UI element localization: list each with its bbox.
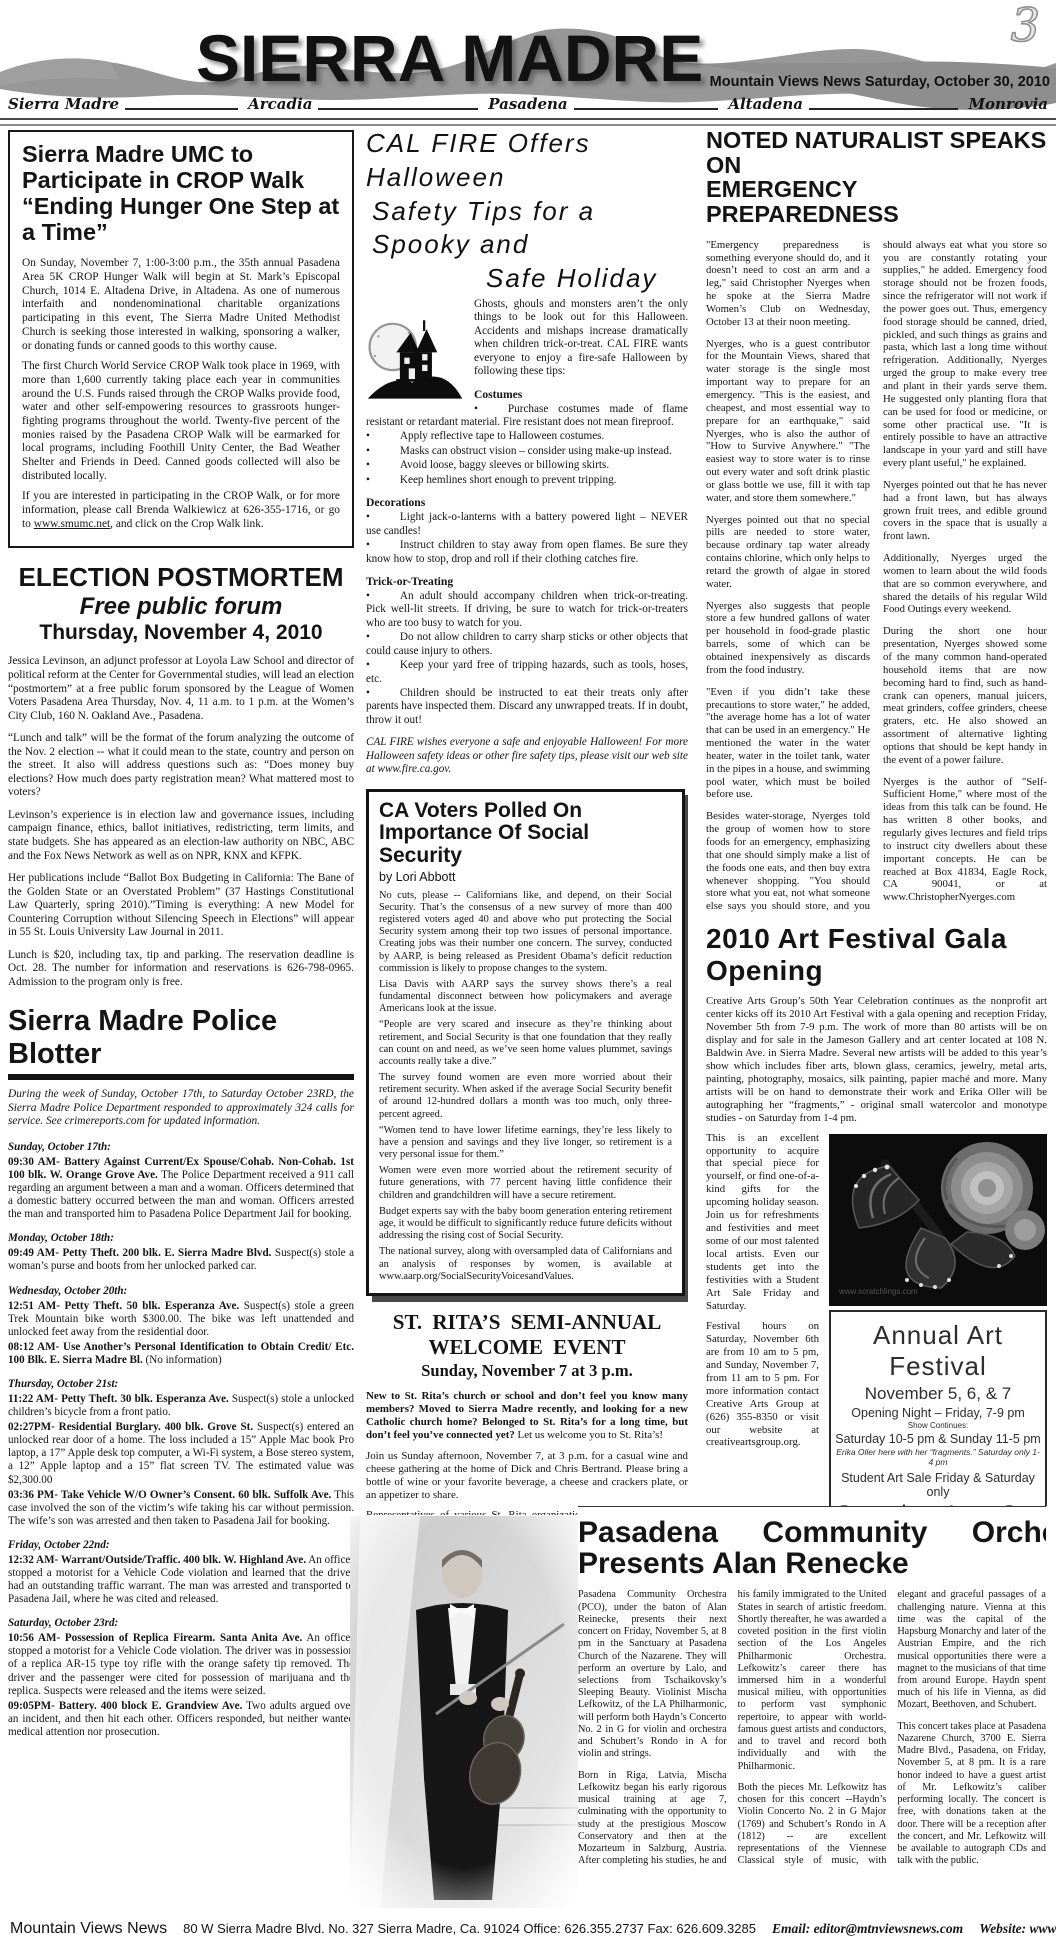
safety-tip: Do not allow children to carry sharp sti… (366, 631, 688, 658)
article-election-postmortem: ELECTION POSTMORTEM Free public forum Th… (8, 562, 354, 989)
ad-erika-note: Erika Oller here with her “fragments.” S… (835, 1447, 1041, 1467)
cal-fire-closing: CAL FIRE wishes everyone a safe and enjo… (366, 736, 688, 776)
election-body: Jessica Levinson, an adjunct professor a… (8, 655, 354, 989)
incident-lead: 09:49 AM- Petty Theft. 200 blk. E. Sierr… (8, 1247, 271, 1259)
social-security-headline-line2: Importance Of Social Security (379, 822, 672, 867)
blotter-entry: 09:49 AM- Petty Theft. 200 blk. E. Sierr… (8, 1247, 354, 1273)
social-security-body: No cuts, please -- Californians like, an… (379, 890, 672, 1283)
smumc-link[interactable]: www.smumc.net (34, 518, 110, 530)
social-security-paragraph: “People are very scared and insecure as … (379, 1019, 672, 1068)
orchestra-body: Pasadena Community Orchestra (PCO), unde… (578, 1589, 1046, 1870)
art-festival-ad: Annual Art Festival November 5, 6, & 7 O… (829, 1310, 1047, 1506)
left-column: Sierra Madre UMC to Participate in CROP … (8, 130, 354, 1908)
blotter-entry: 02:27PM- Residential Burglary. 400 blk. … (8, 1421, 354, 1486)
artwork-watermark: www.scratchlings.com (838, 1287, 918, 1296)
naturalist-paragraph: Nyerges pointed out that no special pill… (706, 514, 870, 591)
costumes-tips-list: Purchase costumes made of flame resistan… (366, 403, 688, 488)
newspaper-page: SIERRA MADRE Mountain Views News Saturda… (0, 0, 1056, 1944)
article-naturalist: NOTED NATURALIST SPEAKS ON EMERGENCY PRE… (706, 128, 1047, 913)
crop-walk-paragraph: On Sunday, November 7, 1:00-3:00 p.m., t… (22, 257, 340, 353)
blotter-entry: 12:51 AM- Petty Theft. 50 blk. Esperanza… (8, 1300, 354, 1339)
blotter-entry: 09:05PM- Battery. 400 block E. Grandview… (8, 1700, 354, 1739)
right-column: NOTED NATURALIST SPEAKS ON EMERGENCY PRE… (706, 128, 1047, 1506)
naturalist-headline-line2: EMERGENCY PREPAREDNESS (706, 177, 1047, 226)
naturalist-body: "Emergency preparedness is something eve… (706, 239, 1047, 913)
incident-lead: 09:05PM- Battery. 400 block E. Grandview… (8, 1700, 242, 1712)
cal-fire-headline-line2: Safety Tips for a Spooky and (366, 195, 688, 263)
art-festival-headline: 2010 Art Festival Gala Opening (706, 923, 1047, 987)
article-st-rita: ST. RITA’S SEMI-ANNUAL WELCOME EVENT Sun… (366, 1310, 688, 1515)
middle-column: CAL FIRE Offers Halloween Safety Tips fo… (366, 127, 688, 1515)
naturalist-paragraph: During the short one hour presentation, … (883, 625, 1047, 766)
st-rita-headline-line2: WELCOME EVENT (366, 1335, 688, 1360)
footer-website-link[interactable]: Website: www.mtnviewsnews.com (979, 1921, 1056, 1937)
violinist-photo (350, 1516, 578, 1908)
safety-tip: An adult should accompany children when … (366, 590, 688, 630)
cal-fire-section-decorations: Decorations (366, 496, 688, 509)
naturalist-headline: NOTED NATURALIST SPEAKS ON EMERGENCY PRE… (706, 128, 1047, 227)
masthead-divider (0, 118, 1056, 126)
incident-detail: (No information) (143, 1354, 222, 1366)
masthead: SIERRA MADRE Mountain Views News Saturda… (0, 0, 1056, 126)
blotter-day-heading: Thursday, October 21st: (8, 1378, 354, 1391)
ad-student-sale: Student Art Sale Friday & Saturday only (835, 1471, 1041, 1499)
nav-city-link[interactable]: Altadena (728, 95, 968, 113)
safety-tip: Purchase costumes made of flame resistan… (366, 403, 688, 430)
safety-tip: Instruct children to stay away from open… (366, 539, 688, 566)
article-orchestra: Pasadena Community Orchestra Presents Al… (578, 1506, 1046, 1910)
social-security-paragraph: The survey found women are even more wor… (379, 1072, 672, 1121)
blotter-day-heading: Monday, October 18th: (8, 1232, 354, 1245)
safety-tip: Masks can obstruct vision – consider usi… (366, 445, 688, 458)
naturalist-paragraph: "Even if you didn’t take these precautio… (706, 686, 870, 802)
social-security-paragraph: Budget experts say with the baby boom ge… (379, 1206, 672, 1243)
crop-walk-paragraph: The first Church World Service CROP Walk… (22, 360, 340, 483)
cal-fire-headline-line1: CAL FIRE Offers Halloween (366, 127, 688, 195)
orchestra-headline: Pasadena Community Orchestra Presents Al… (578, 1517, 1046, 1579)
blotter-intro: During the week of Sunday, October 17th,… (8, 1088, 354, 1128)
ad-show-continues: Show Continues: (835, 1421, 1041, 1430)
crop-walk-contact-paragraph: If you are interested in participating i… (22, 490, 340, 531)
naturalist-paragraph: Additionally, Nyerges urged the women to… (883, 552, 1047, 616)
blotter-headline: Sierra Madre Police Blotter (8, 1005, 354, 1080)
incident-lead: 12:51 AM- Petty Theft. 50 blk. Esperanza… (8, 1300, 239, 1312)
safety-tip: Keep hemlines short enough to prevent tr… (366, 474, 688, 487)
contact-text-end: , and click on the Crop Walk link. (110, 518, 264, 530)
orchestra-paragraph: Pasadena Community Orchestra (PCO), unde… (578, 1589, 727, 1760)
orchestra-paragraph: This concert takes place at Pasadena Naz… (897, 1721, 1046, 1868)
election-paragraph: “Lunch and talk” will be the format of t… (8, 732, 354, 800)
article-art-festival: 2010 Art Festival Gala Opening Creative … (706, 923, 1047, 1449)
crop-walk-body: On Sunday, November 7, 1:00-3:00 p.m., t… (22, 257, 340, 483)
naturalist-paragraph: Nyerges also suggests that people store … (706, 600, 870, 677)
incident-lead: 12:32 AM- Warrant/Outside/Traffic. 400 b… (8, 1554, 306, 1566)
ad-opening-night: Opening Night – Friday, 7-9 pm (835, 1406, 1041, 1420)
naturalist-headline-line1: NOTED NATURALIST SPEAKS ON (706, 128, 1047, 177)
naturalist-paragraph: "Emergency preparedness is something eve… (706, 239, 870, 329)
cal-fire-section-trick-or-treating: Trick-or-Treating (366, 575, 688, 588)
ad-hours: Saturday 10-5 pm & Sunday 11-5 pm (835, 1432, 1041, 1446)
election-date-line: Thursday, November 4, 2010 (8, 621, 354, 645)
social-security-headline: CA Voters Polled On Importance Of Social… (379, 800, 672, 868)
footer-email-link[interactable]: Email: editor@mtnviewsnews.com (772, 1921, 963, 1937)
incident-lead: 03:36 PM- Take Vehicle W/O Owner’s Conse… (8, 1489, 331, 1501)
nav-city-link[interactable]: Monrovia (968, 95, 1048, 113)
ad-dates: November 5, 6, & 7 (835, 1384, 1041, 1404)
haunted-house-icon (366, 304, 464, 406)
byline: by Lori Abbott (379, 870, 672, 884)
nav-city-link[interactable]: Arcadia (248, 95, 488, 113)
blotter-day-heading: Friday, October 22nd: (8, 1539, 354, 1552)
footer-address: 80 W Sierra Madre Blvd. No. 327 Sierra M… (183, 1921, 756, 1936)
social-security-paragraph: No cuts, please -- Californians like, an… (379, 890, 672, 975)
st-rita-date-line: Sunday, November 7 at 3 p.m. (366, 1361, 688, 1381)
safety-tip: Apply reflective tape to Halloween costu… (366, 430, 688, 443)
orchestra-headline-line1: Pasadena Community Orchestra (578, 1517, 1046, 1548)
blotter-entries: Sunday, October 17th:09:30 AM- Battery A… (8, 1141, 354, 1739)
st-rita-paragraph-2: Join us Sunday afternoon, November 7, at… (366, 1450, 688, 1502)
naturalist-paragraph: Nyerges is the author of "Self-Sufficien… (883, 776, 1047, 904)
incident-lead: 10:56 AM- Possession of Replica Firearm.… (8, 1632, 302, 1644)
election-paragraph: Levinson’s experience is in election law… (8, 809, 354, 863)
butterfly-artwork-image: www.scratchlings.com (829, 1134, 1047, 1306)
orchestra-headline-line2: Presents Alan Renecke (578, 1548, 1046, 1579)
election-paragraph: Lunch is $20, including tax, tip and par… (8, 949, 354, 990)
safety-tip: Children should be instructed to eat the… (366, 687, 688, 727)
page-number: 3 (1011, 0, 1040, 52)
election-headline: ELECTION POSTMORTEM (8, 562, 354, 593)
blotter-entry: 12:32 AM- Warrant/Outside/Traffic. 400 b… (8, 1554, 354, 1606)
blotter-entry: 10:56 AM- Possession of Replica Firearm.… (8, 1632, 354, 1697)
st-rita-headline: ST. RITA’S SEMI-ANNUAL WELCOME EVENT (366, 1310, 688, 1360)
naturalist-paragraph: Nyerges, who is a guest contributor for … (706, 338, 870, 505)
article-police-blotter: Sierra Madre Police Blotter During the w… (8, 1005, 354, 1738)
article-social-security: CA Voters Polled On Importance Of Social… (366, 789, 685, 1296)
social-security-paragraph: Women were even more worried about the r… (379, 1165, 672, 1202)
naturalist-paragraph: Nyerges pointed out that he has never ha… (883, 479, 1047, 543)
cal-fire-headline-line3: Safe Holiday (366, 262, 688, 296)
art-festival-media: www.scratchlings.com Annual Art Festival… (829, 1134, 1047, 1506)
footer-brand: Mountain Views News (10, 1920, 167, 1938)
city-nav: Sierra MadreArcadiaPasadenaAltadenaMonro… (8, 95, 1048, 113)
safety-tip: Keep your yard free of tripping hazards,… (366, 659, 688, 686)
ad-title: Annual Art Festival (835, 1320, 1041, 1382)
social-security-paragraph: “Women tend to have lower lifetime earni… (379, 1125, 672, 1162)
election-paragraph: Her publications include “Ballot Box Bud… (8, 872, 354, 940)
blotter-entry: 09:30 AM- Battery Against Current/Ex Spo… (8, 1156, 354, 1221)
incident-lead: 02:27PM- Residential Burglary. 400 blk. … (8, 1421, 253, 1433)
safety-tip: Light jack-o-lanterns with a battery pow… (366, 511, 688, 538)
social-security-paragraph: The national survey, along with oversamp… (379, 1246, 672, 1283)
trick-or-treating-tips-list: An adult should accompany children when … (366, 590, 688, 727)
paper-title: SIERRA MADRE (196, 20, 703, 96)
blotter-entry: 03:36 PM- Take Vehicle W/O Owner’s Conse… (8, 1489, 354, 1528)
article-cal-fire: CAL FIRE Offers Halloween Safety Tips fo… (366, 127, 688, 777)
cal-fire-headline: CAL FIRE Offers Halloween Safety Tips fo… (366, 127, 688, 296)
st-rita-lead-rest: Let us welcome you to St. Rita’s! (515, 1429, 663, 1441)
blotter-entry: 08:12 AM- Use Another’s Personal Identif… (8, 1341, 354, 1367)
page-footer: Mountain Views News 80 W Sierra Madre Bl… (10, 1920, 1048, 1938)
st-rita-headline-line1: ST. RITA’S SEMI-ANNUAL (366, 1310, 688, 1335)
blotter-day-heading: Wednesday, October 20th: (8, 1285, 354, 1298)
blotter-entry: 11:22 AM- Petty Theft. 30 blk. Esperanza… (8, 1393, 354, 1419)
nav-city-link[interactable]: Sierra Madre (8, 95, 248, 113)
art-festival-intro: Creative Arts Group’s 50th Year Celebrat… (706, 995, 1047, 1125)
social-security-paragraph: Lisa Davis with AARP says the survey sho… (379, 979, 672, 1016)
st-rita-paragraph-1: New to St. Rita’s church or school and d… (366, 1390, 688, 1442)
blotter-day-heading: Sunday, October 17th: (8, 1141, 354, 1154)
issue-date-line: Mountain Views News Saturday, October 30… (710, 74, 1050, 90)
blotter-day-heading: Saturday, October 23rd: (8, 1617, 354, 1630)
social-security-headline-line1: CA Voters Polled On (379, 800, 672, 823)
election-subhead: Free public forum (8, 593, 354, 621)
article-crop-walk: Sierra Madre UMC to Participate in CROP … (8, 130, 354, 548)
decorations-tips-list: Light jack-o-lanterns with a battery pow… (366, 511, 688, 566)
crop-walk-headline: Sierra Madre UMC to Participate in CROP … (22, 142, 340, 245)
incident-lead: 11:22 AM- Petty Theft. 30 blk. Esperanza… (8, 1393, 229, 1405)
election-paragraph: Jessica Levinson, an adjunct professor a… (8, 655, 354, 723)
nav-city-link[interactable]: Pasadena (488, 95, 728, 113)
safety-tip: Avoid loose, baggy sleeves or billowing … (366, 459, 688, 472)
